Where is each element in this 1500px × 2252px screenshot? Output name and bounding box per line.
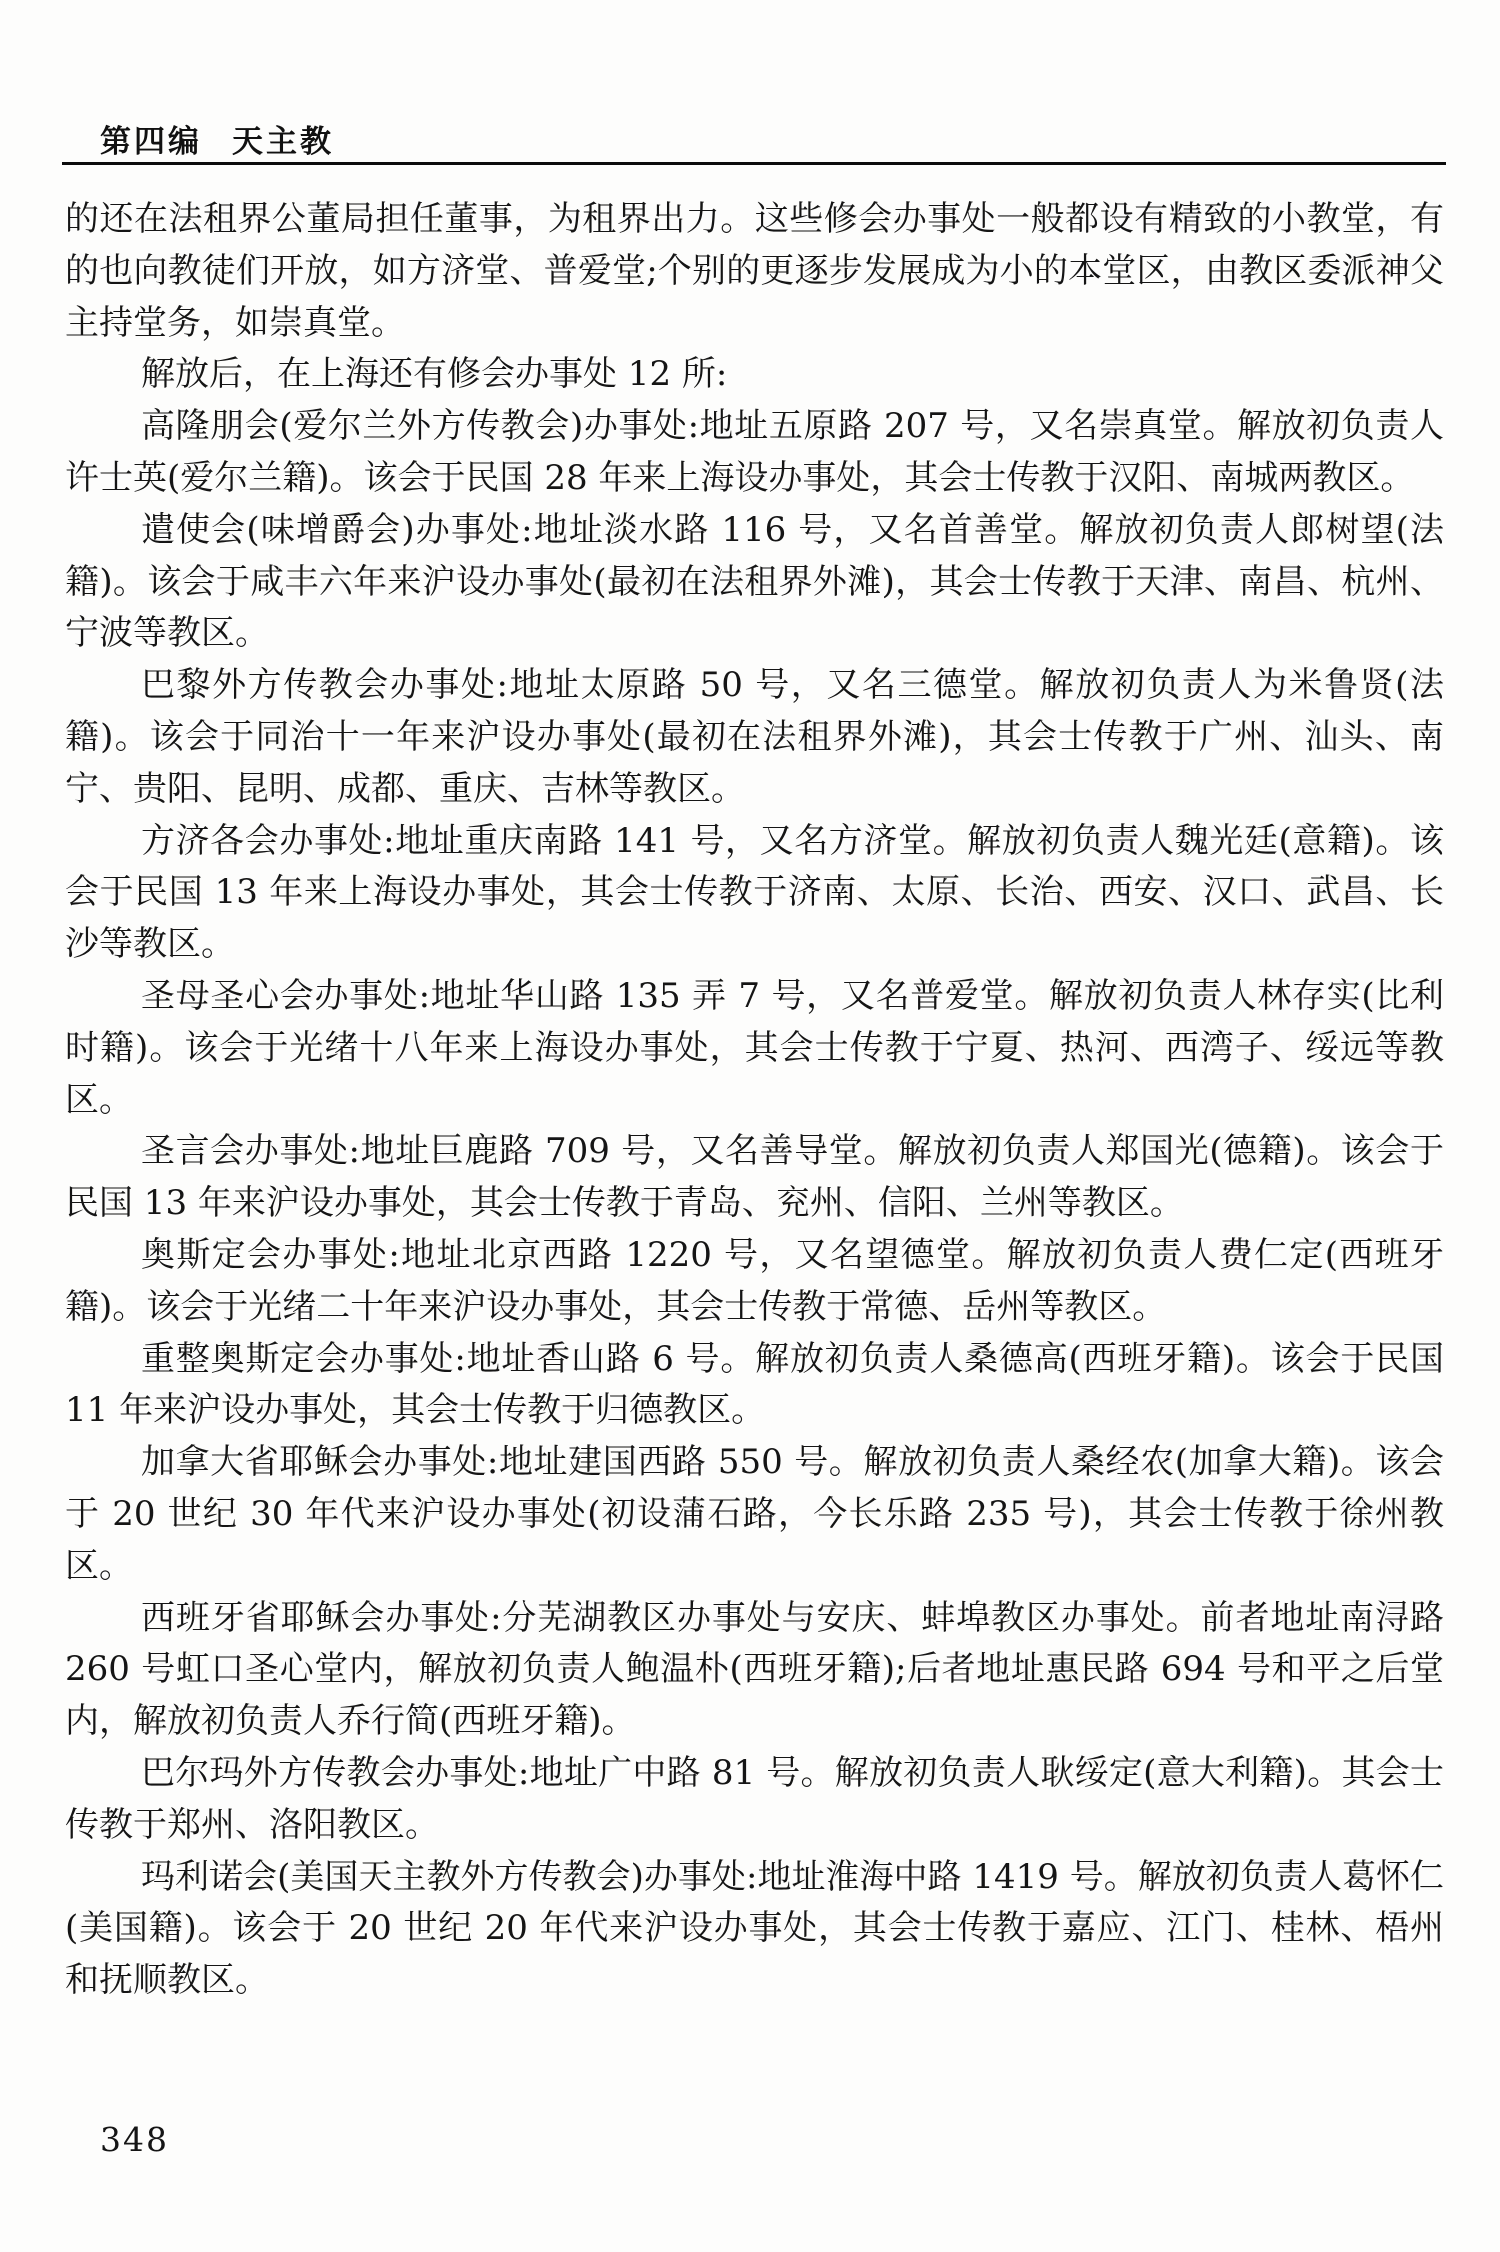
running-header: 第四编天主教 [100,116,334,161]
paragraph: 西班牙省耶稣会办事处:分芜湖教区办事处与安庆、蚌埠教区办事处。前者地址南浔路 2… [65,1593,1444,1748]
paragraph: 重整奥斯定会办事处:地址香山路 6 号。解放初负责人桑德高(西班牙籍)。该会于民… [65,1334,1444,1438]
paragraph: 巴黎外方传教会办事处:地址太原路 50 号，又名三德堂。解放初负责人为米鲁贤(法… [65,660,1444,815]
paragraph: 圣言会办事处:地址巨鹿路 709 号，又名善导堂。解放初负责人郑国光(德籍)。该… [65,1126,1444,1230]
body-text: 的还在法租界公董局担任董事，为租界出力。这些修会办事处一般都设有精致的小教堂，有… [65,194,1444,2007]
paragraph: 遣使会(味增爵会)办事处:地址淡水路 116 号，又名首善堂。解放初负责人郎树望… [65,505,1444,660]
paragraph: 加拿大省耶稣会办事处:地址建国西路 550 号。解放初负责人桑经农(加拿大籍)。… [65,1437,1444,1592]
header-rule [62,162,1446,165]
paragraph: 圣母圣心会办事处:地址华山路 135 弄 7 号，又名普爱堂。解放初负责人林存实… [65,971,1444,1126]
header-title: 天主教 [232,124,334,160]
book-page: 第四编天主教 的还在法租界公董局担任董事，为租界出力。这些修会办事处一般都设有精… [0,0,1500,2252]
paragraph: 方济各会办事处:地址重庆南路 141 号，又名方济堂。解放初负责人魏光廷(意籍)… [65,816,1444,971]
page-number: 348 [100,2120,169,2159]
paragraph: 高隆朋会(爱尔兰外方传教会)办事处:地址五原路 207 号，又名崇真堂。解放初负… [65,401,1444,505]
paragraph: 奥斯定会办事处:地址北京西路 1220 号，又名望德堂。解放初负责人费仁定(西班… [65,1230,1444,1334]
paragraph: 解放后，在上海还有修会办事处 12 所: [65,349,1444,401]
paragraph: 玛利诺会(美国天主教外方传教会)办事处:地址淮海中路 1419 号。解放初负责人… [65,1852,1444,2007]
header-part-label: 第四编 [100,124,202,160]
paragraph: 的还在法租界公董局担任董事，为租界出力。这些修会办事处一般都设有精致的小教堂，有… [65,194,1444,349]
paragraph: 巴尔玛外方传教会办事处:地址广中路 81 号。解放初负责人耿绥定(意大利籍)。其… [65,1748,1444,1852]
